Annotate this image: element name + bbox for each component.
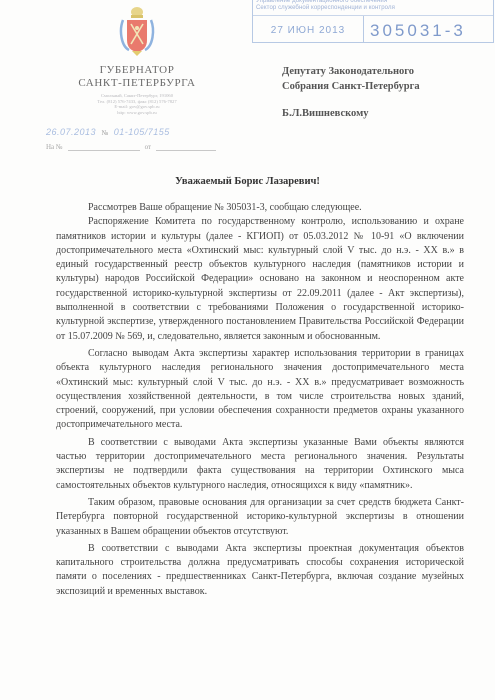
org-contacts: Смольный, Санкт-Петербург, 191060 Тел. (… xyxy=(62,93,212,115)
addressee-position-line2: Собрания Санкт-Петербурга xyxy=(282,79,482,94)
stamp-date: 27 ИЮН 2013 xyxy=(253,16,364,42)
letterhead: ГУБЕРНАТОР САНКТ-ПЕТЕРБУРГА Смольный, Са… xyxy=(62,6,212,115)
number-label: № xyxy=(102,129,109,137)
salutation: Уважаемый Борис Лазаревич! xyxy=(0,176,495,187)
registration-stamp: Управление документационного обеспечения… xyxy=(252,0,494,43)
letter-page: ГУБЕРНАТОР САНКТ-ПЕТЕРБУРГА Смольный, Са… xyxy=(0,0,495,700)
org-title-line2: САНКТ-ПЕТЕРБУРГА xyxy=(62,77,212,90)
reply-number-blank xyxy=(68,144,140,151)
paragraph-2: Распоряжение Комитета по государственном… xyxy=(56,215,464,344)
stamp-reg-number: 305031-3 xyxy=(364,16,493,42)
org-title: ГУБЕРНАТОР САНКТ-ПЕТЕРБУРГА xyxy=(62,64,212,90)
contact-website: http: www.gov.spb.ru xyxy=(62,110,212,116)
coat-of-arms-icon xyxy=(117,6,157,58)
addressee-position-line1: Депутату Законодательного xyxy=(282,64,482,79)
paragraph-6: В соответствии с выводами Акта экспертиз… xyxy=(56,542,464,599)
stamp-header-sector: Сектор служебной корреспонденции и контр… xyxy=(253,5,493,12)
reply-number-label: На № xyxy=(46,143,63,151)
stamp-row: 27 ИЮН 2013 305031-3 xyxy=(253,15,493,42)
reply-date-label: от xyxy=(145,143,151,151)
paragraph-4: В соответствии с выводами Акта экспертиз… xyxy=(56,436,464,493)
addressee: Депутату Законодательного Собрания Санкт… xyxy=(282,64,482,121)
paragraph-3: Согласно выводам Акта экспертизы характе… xyxy=(56,347,464,433)
outgoing-registration: 26.07.2013 № 01-105/7155 xyxy=(46,127,221,137)
org-title-line1: ГУБЕРНАТОР xyxy=(62,64,212,77)
letter-body: Рассмотрев Ваше обращение № 305031-3, со… xyxy=(56,201,464,599)
reply-reference: На № от xyxy=(46,143,221,151)
outgoing-date: 26.07.2013 xyxy=(46,127,96,137)
paragraph-5: Таким образом, правовые основания для ор… xyxy=(56,496,464,539)
outgoing-number: 01-105/7155 xyxy=(114,127,170,137)
addressee-name: Б.Л.Вишневскому xyxy=(282,106,482,121)
reply-date-blank xyxy=(156,144,216,151)
paragraph-1: Рассмотрев Ваше обращение № 305031-3, со… xyxy=(56,201,464,215)
